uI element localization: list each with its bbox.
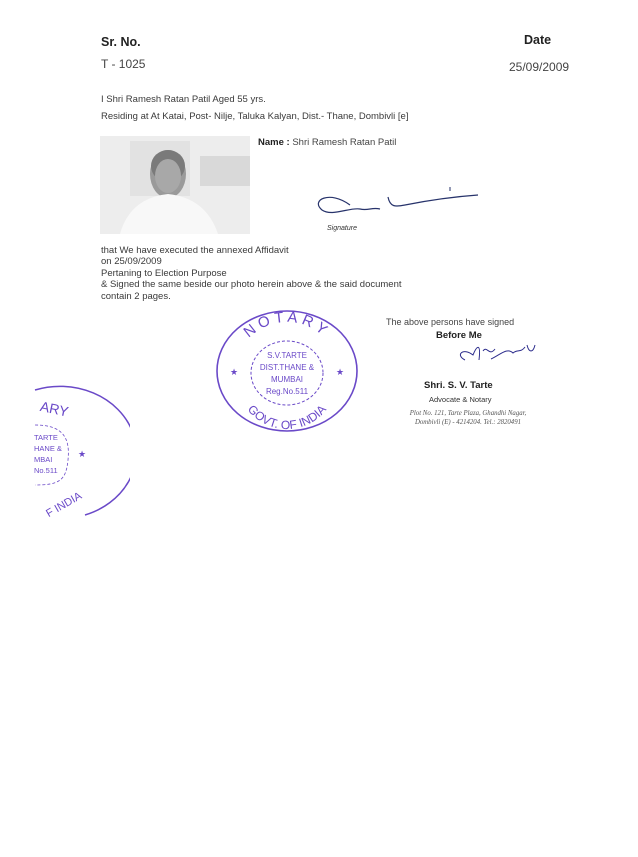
svg-text:HANE &: HANE & — [34, 444, 62, 453]
person-photo-icon — [100, 136, 250, 234]
svg-text:Reg.No.511: Reg.No.511 — [266, 387, 309, 396]
svg-text:F INDIA: F INDIA — [44, 490, 84, 520]
svg-text:DIST.THANE &: DIST.THANE & — [260, 363, 315, 372]
declarant-line-1: I Shri Ramesh Ratan Patil Aged 55 yrs. — [101, 94, 266, 105]
date-label: Date — [524, 33, 551, 47]
svg-text:★: ★ — [336, 367, 344, 377]
notary-address: Plot No. 121, Tarte Plaza, Ghandhi Nagar… — [378, 409, 558, 427]
body-line: on 25/09/2009 — [101, 256, 402, 267]
svg-text:MUMBAI: MUMBAI — [271, 375, 303, 384]
svg-text:★: ★ — [78, 449, 86, 459]
declarant-photo — [100, 136, 250, 234]
notary-role: Advocate & Notary — [429, 395, 492, 404]
svg-text:NOTARY: NOTARY — [240, 309, 333, 341]
svg-text:TARTE: TARTE — [34, 433, 58, 442]
name-field: Name : Shri Ramesh Ratan Patil — [258, 137, 396, 148]
sr-no-label: Sr. No. — [101, 35, 141, 49]
notary-signature-icon — [455, 335, 545, 370]
attestation-text: The above persons have signed — [386, 317, 514, 327]
body-line: that We have executed the annexed Affida… — [101, 245, 402, 256]
svg-text:MBAI: MBAI — [34, 455, 52, 464]
signature-label: Signature — [327, 225, 357, 232]
declarant-signature-icon — [310, 185, 480, 220]
name-value: Shri Ramesh Ratan Patil — [292, 137, 396, 148]
notary-name: Shri. S. V. Tarte — [424, 380, 493, 391]
date-value: 25/09/2009 — [509, 60, 569, 74]
svg-text:No.511: No.511 — [34, 466, 58, 475]
body-line: Pertaning to Election Purpose — [101, 268, 402, 279]
declarant-address: Residing at At Katai, Post- Nilje, Taluk… — [101, 111, 408, 122]
body-line: contain 2 pages. — [101, 291, 402, 302]
svg-text:GOVT. OF INDIA: GOVT. OF INDIA — [245, 402, 329, 432]
svg-text:ARY: ARY — [39, 398, 71, 420]
affidavit-body: that We have executed the annexed Affida… — [101, 245, 402, 302]
name-label: Name : — [258, 137, 290, 148]
svg-text:★: ★ — [230, 367, 238, 377]
svg-text:S.V.TARTE: S.V.TARTE — [267, 351, 307, 360]
body-line: & Signed the same beside our photo herei… — [101, 279, 402, 290]
notary-stamp: NOTARY GOVT. OF INDIA S.V.TARTE DIST.THA… — [212, 307, 362, 435]
sr-no-value: T - 1025 — [101, 57, 145, 71]
partial-notary-stamp: ARY TARTE HANE & MBAI No.511 ★ F INDIA — [30, 385, 130, 525]
